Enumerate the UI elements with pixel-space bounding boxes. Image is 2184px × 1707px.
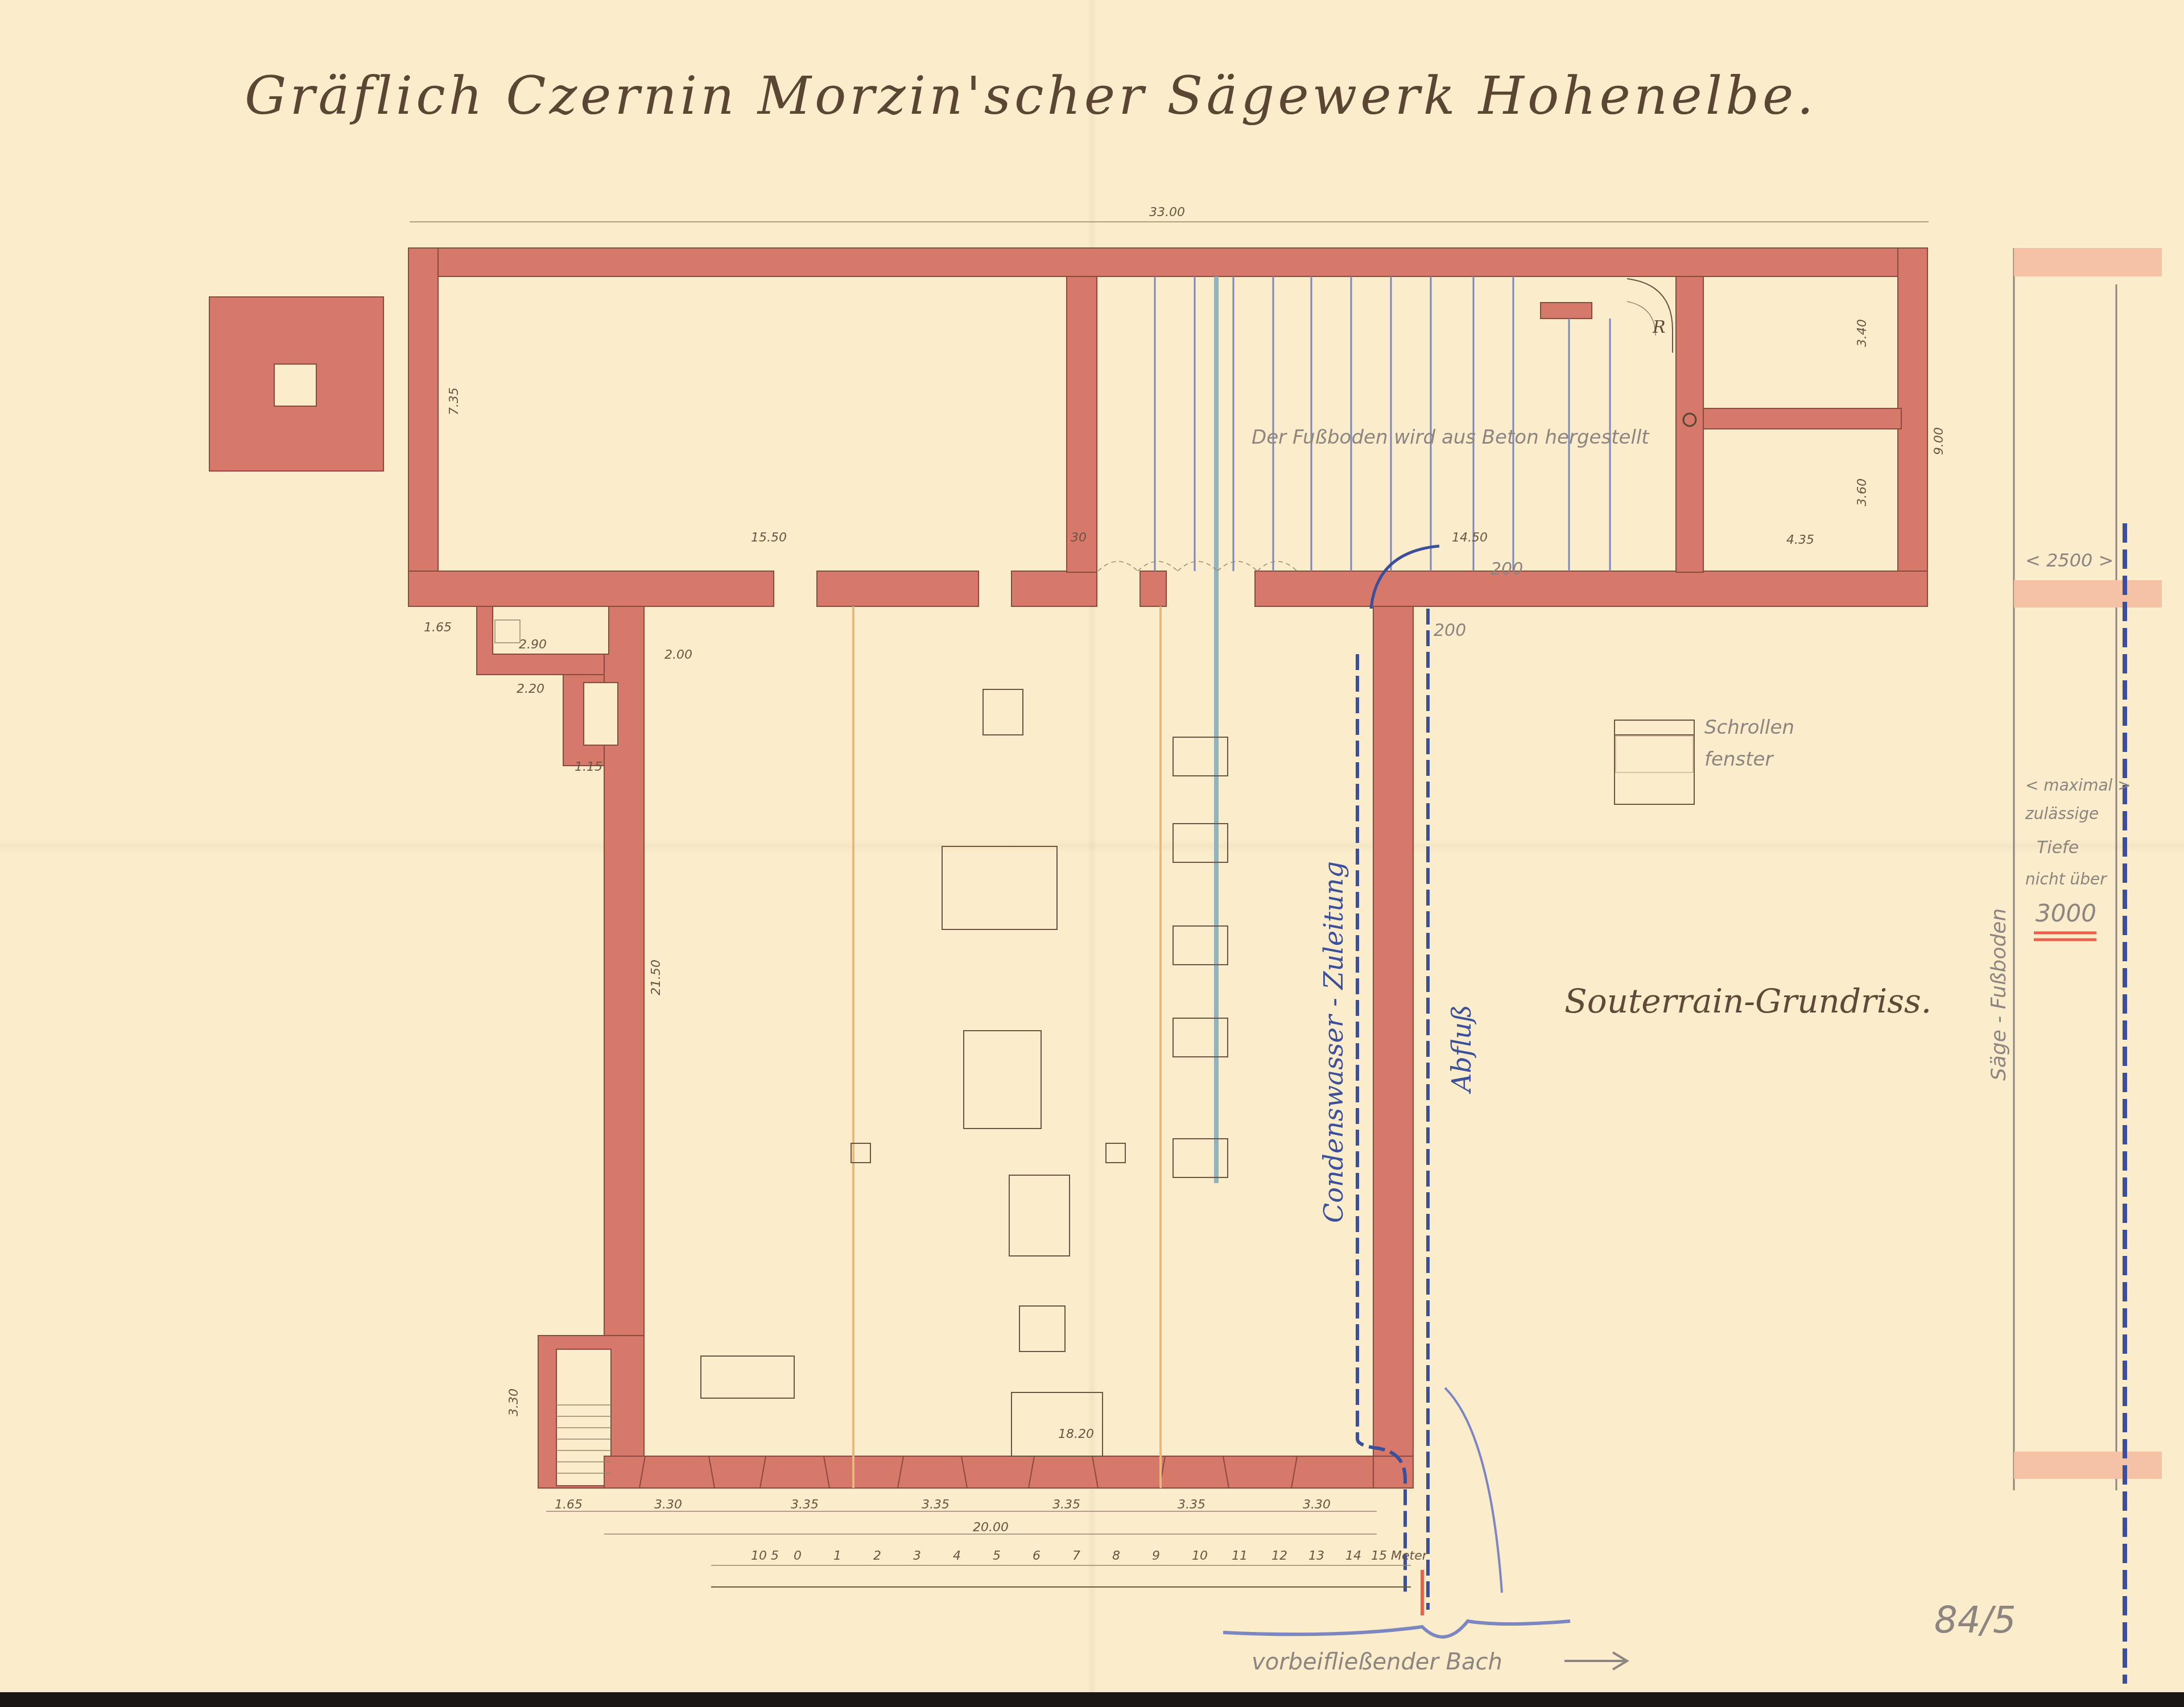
svg-text:5: 5 bbox=[993, 1549, 1001, 1563]
dim-annex-offset: 1.65 bbox=[424, 621, 452, 635]
section-column bbox=[2014, 248, 2162, 1684]
svg-text:0: 0 bbox=[794, 1549, 802, 1563]
max-depth-value: 3000 bbox=[2036, 899, 2096, 927]
dim-middle-room-width: 14.50 bbox=[1452, 531, 1488, 545]
machine-foundations bbox=[701, 689, 1228, 1456]
svg-text:3.35: 3.35 bbox=[791, 1498, 819, 1512]
svg-text:1.65: 1.65 bbox=[555, 1498, 583, 1512]
legend-label-line2: fenster bbox=[1704, 748, 1774, 771]
dim-opening-a: 200 bbox=[1491, 559, 1523, 579]
top-wing-walls bbox=[408, 248, 1927, 606]
condensate-supply-label: Condenswasser - Zuleitung bbox=[1318, 861, 1349, 1223]
legend-label-line1: Schrollen bbox=[1704, 716, 1794, 739]
svg-text:10: 10 bbox=[1192, 1549, 1208, 1563]
outflow-label: Abfluß bbox=[1446, 1005, 1477, 1094]
sheet-number: 84/5 bbox=[1934, 1599, 2016, 1642]
svg-text:15 Meter: 15 Meter bbox=[1371, 1549, 1429, 1563]
scale-bar: 10 5 0 1 2 3 4 5 6 7 8 9 10 11 12 13 14 … bbox=[711, 1549, 1429, 1587]
floor-note: Der Fußboden wird aus Beton hergestellt bbox=[1252, 426, 1650, 449]
svg-text:3.30: 3.30 bbox=[654, 1498, 682, 1512]
stream-arrow-icon bbox=[1564, 1652, 1627, 1669]
svg-text:3.35: 3.35 bbox=[1052, 1498, 1080, 1512]
max-depth-line4: nicht über bbox=[2025, 870, 2107, 888]
svg-text:1: 1 bbox=[833, 1549, 841, 1563]
max-depth-line1: < maximal > bbox=[2025, 776, 2131, 795]
detached-pillar bbox=[209, 297, 383, 471]
dim-right-wing-depth: 9.00 bbox=[1932, 427, 1946, 455]
svg-text:11: 11 bbox=[1232, 1549, 1248, 1563]
dim-right-room-lower: 3.60 bbox=[1855, 478, 1869, 506]
max-depth-line3: Tiefe bbox=[2037, 838, 2079, 858]
svg-text:3.35: 3.35 bbox=[922, 1498, 949, 1512]
plan-title: Souterrain-Grundriss. bbox=[1564, 982, 1931, 1020]
stream-label: vorbeifließender Bach bbox=[1252, 1649, 1502, 1675]
document-title: Gräflich Czernin Morzin'scher Sägewerk H… bbox=[245, 65, 1817, 126]
bottom-dimension-chain: 1.65 3.30 3.35 3.35 3.35 3.35 3.30 20.00 bbox=[546, 1498, 1377, 1535]
dim-middle-wall: 30 bbox=[1071, 531, 1087, 545]
dim-annex-stair: 1.15 bbox=[575, 760, 602, 774]
dim-annex-depth: 2.00 bbox=[664, 648, 692, 662]
drawing-sheet: Gräflich Czernin Morzin'scher Sägewerk H… bbox=[0, 0, 2184, 1707]
svg-text:13: 13 bbox=[1308, 1549, 1324, 1563]
svg-text:6: 6 bbox=[1033, 1549, 1041, 1563]
legend-window-symbol bbox=[1615, 720, 1694, 804]
svg-text:12: 12 bbox=[1271, 1549, 1287, 1563]
dim-hall-width: 18.20 bbox=[1058, 1427, 1094, 1441]
dim-right-room-upper: 3.40 bbox=[1855, 319, 1869, 347]
svg-text:7: 7 bbox=[1072, 1549, 1080, 1563]
svg-text:2: 2 bbox=[873, 1549, 881, 1563]
dim-annex-width: 2.90 bbox=[519, 638, 547, 652]
dim-right-room-width: 4.35 bbox=[1786, 533, 1814, 547]
max-depth-line2: zulässige bbox=[2025, 804, 2099, 823]
svg-text:4: 4 bbox=[953, 1549, 961, 1563]
svg-text:3: 3 bbox=[913, 1549, 921, 1563]
svg-text:3.30: 3.30 bbox=[1303, 1498, 1331, 1512]
dim-hall-length: 21.50 bbox=[649, 960, 663, 995]
section-width-label: < 2500 > bbox=[2025, 549, 2113, 571]
dim-overall-top: 33.00 bbox=[1149, 205, 1185, 220]
svg-text:14: 14 bbox=[1345, 1549, 1361, 1563]
dim-annex-inner: 2.20 bbox=[517, 682, 544, 696]
dim-bottom-total: 20.00 bbox=[973, 1520, 1009, 1535]
saw-floor-label: Säge - Fußboden bbox=[1987, 908, 2010, 1081]
svg-text:R: R bbox=[1652, 317, 1666, 337]
svg-text:3.35: 3.35 bbox=[1178, 1498, 1205, 1512]
dim-left-room-depth: 7.35 bbox=[447, 387, 461, 415]
dim-stair-height: 3.30 bbox=[507, 1388, 521, 1416]
arch-openings bbox=[1098, 561, 1297, 571]
floor-plan-drawing: Gräflich Czernin Morzin'scher Sägewerk H… bbox=[0, 0, 2184, 1707]
hall-walls bbox=[477, 606, 1413, 1488]
dim-left-room-width: 15.50 bbox=[751, 531, 787, 545]
svg-text:5: 5 bbox=[771, 1549, 779, 1563]
dim-opening-b: 200 bbox=[1434, 621, 1466, 640]
svg-text:8: 8 bbox=[1112, 1549, 1120, 1563]
svg-text:9: 9 bbox=[1152, 1549, 1160, 1563]
stream-line bbox=[1223, 1621, 1570, 1637]
svg-text:10: 10 bbox=[751, 1549, 767, 1563]
